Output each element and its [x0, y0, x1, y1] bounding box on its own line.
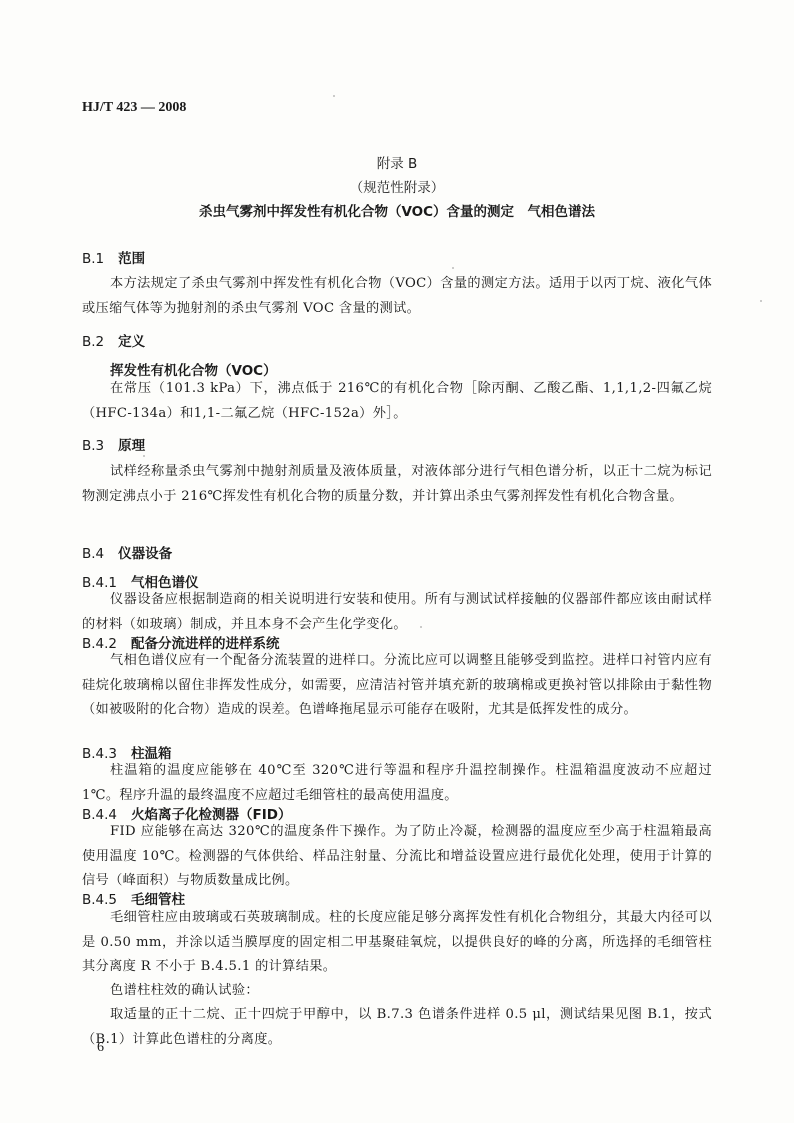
scan-speck [452, 267, 454, 269]
page-number: 6 [97, 1040, 104, 1056]
section-b3-text: 试样经称量杀虫气雾剂中抛射剂质量及液体质量，对液体部分进行气相色谱分析，以正十二… [82, 460, 712, 509]
appendix-title: 杀虫气雾剂中挥发性有机化合物（VOC）含量的测定 气相色谱法 [0, 200, 794, 220]
section-b45-text-2: 色谱柱柱效的确认试验： [82, 979, 712, 1004]
section-heading-b45: B.4.5毛细管柱 [82, 888, 185, 908]
section-b45-text-3: 取适量的正十二烷、正十四烷于甲醇中，以 B.7.3 色谱条件进样 0.5 μl，… [82, 1003, 712, 1052]
appendix-type: （规范性附录） [0, 176, 794, 196]
section-title: 定义 [118, 334, 145, 350]
scan-speck [143, 455, 145, 457]
section-b43-text: 柱温箱的温度应能够在 40℃至 320℃进行等温和程序升温控制操作。柱温箱温度波… [82, 759, 712, 808]
section-title: 原理 [118, 438, 145, 454]
section-heading-b1: B.1范围 [82, 247, 145, 267]
section-b41-text: 仪器设备应根据制造商的相关说明进行安装和使用。所有与测试试样接触的仪器部件都应该… [82, 588, 712, 637]
section-title: 范围 [118, 251, 145, 267]
section-heading-b4: B.4仪器设备 [82, 542, 172, 562]
section-number: B.3 [82, 438, 104, 454]
scan-speck [333, 95, 335, 97]
section-heading-b2: B.2定义 [82, 330, 145, 350]
section-b1-text: 本方法规定了杀虫气雾剂中挥发性有机化合物（VOC）含量的测定方法。适用于以丙丁烷… [82, 272, 712, 321]
appendix-label: 附录 B [0, 152, 794, 172]
section-b2-text: 在常压（101.3 kPa）下，沸点低于 216℃的有机化合物［除丙酮、乙酸乙酯… [82, 377, 712, 426]
section-b44-text: FID 应能够在高达 320℃的温度条件下操作。为了防止冷凝，检测器的温度应至少… [82, 820, 712, 894]
document-page: HJ/T 423 — 2008 附录 B （规范性附录） 杀虫气雾剂中挥发性有机… [0, 0, 794, 1123]
scan-speck [760, 300, 762, 302]
section-title: 仪器设备 [118, 546, 172, 562]
section-number: B.2 [82, 334, 104, 350]
standard-code: HJ/T 423 — 2008 [82, 100, 186, 116]
section-number: B.1 [82, 251, 104, 267]
definition-term: 挥发性有机化合物（VOC） [110, 359, 277, 379]
section-b42-text: 气相色谱仪应有一个配备分流装置的进样口。分流比应可以调整且能够受到监控。进样口衬… [82, 649, 712, 723]
section-number: B.4 [82, 546, 104, 562]
section-heading-b3: B.3原理 [82, 434, 145, 454]
scan-speck [420, 626, 422, 628]
section-b45-text: 毛细管柱应由玻璃或石英玻璃制成。柱的长度应能足够分离挥发性有机化合物组分，其最大… [82, 906, 712, 980]
